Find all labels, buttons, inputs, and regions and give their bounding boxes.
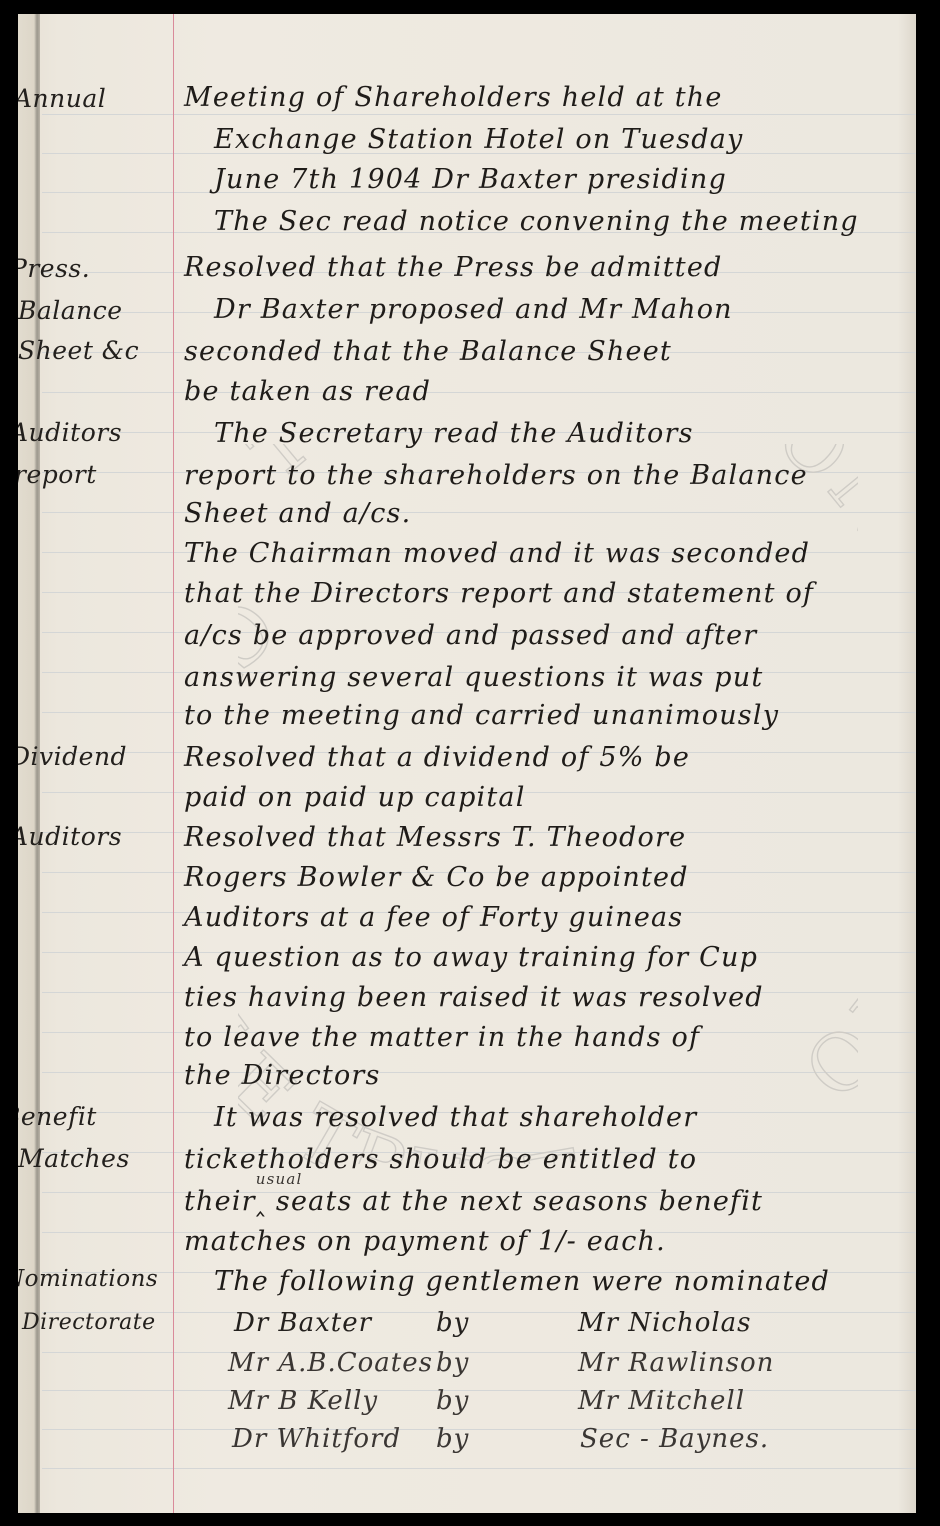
red-margin-line [173, 14, 174, 1513]
caret-insertion: usual‸ [256, 1186, 266, 1217]
minute-line: The Secretary read the Auditors [214, 418, 906, 449]
margin-note: Press. [18, 254, 160, 283]
minute-line: Dr Baxter proposed and Mr Mahon [214, 294, 906, 325]
minute-line: report to the shareholders on the Balanc… [184, 460, 906, 491]
nominee: Dr Whitford [232, 1424, 401, 1454]
nominated-by: by [436, 1348, 469, 1378]
margin-note: Auditors [18, 822, 160, 851]
minute-line: Sheet and a/cs. [184, 498, 906, 529]
margin-note: report [18, 460, 164, 489]
minute-line: June 7th 1904 Dr Baxter presiding [214, 164, 906, 195]
minute-line: Rogers Bowler & Co be appointed [184, 862, 906, 893]
minute-line: Resolved that Messrs T. Theodore [184, 822, 906, 853]
minute-line: ties having been raised it was resolved [184, 982, 906, 1013]
margin-note: Sheet &c [18, 336, 168, 365]
nominated-by: by [436, 1308, 469, 1338]
minute-line: The Sec read notice convening the meetin… [214, 206, 906, 237]
minute-line: paid on paid up capital [184, 782, 906, 813]
proposer: Mr Nicholas [578, 1308, 752, 1338]
minute-line: to the meeting and carried unanimously [184, 700, 906, 731]
nominated-by: by [436, 1424, 469, 1454]
margin-note: Directorate [22, 1310, 172, 1335]
minute-line: Resolved that a dividend of 5% be [184, 742, 906, 773]
nominee: Dr Baxter [234, 1308, 372, 1338]
margin-note: Matches [18, 1144, 168, 1173]
minute-line: a/cs be approved and passed and after [184, 620, 906, 651]
minute-line: Exchange Station Hotel on Tuesday [214, 124, 906, 155]
margin-note: Benefit [18, 1102, 152, 1131]
proposer: Mr Rawlinson [578, 1348, 774, 1378]
margin-note: Nominations [18, 1266, 154, 1292]
minute-line: Resolved that the Press be admitted [184, 252, 906, 283]
insertion-after: seats at the next seasons benefit [276, 1186, 763, 1217]
minute-line: to leave the matter in the hands of [184, 1022, 906, 1053]
margin-note: Annual [18, 84, 164, 113]
minute-line: Auditors at a fee of Forty guineas [184, 902, 906, 933]
inserted-word: usual [256, 1170, 303, 1188]
minute-line: The Chairman moved and it was seconded [184, 538, 906, 569]
minute-line: Meeting of Shareholders held at the [184, 82, 906, 113]
minute-line: It was resolved that shareholder [214, 1102, 906, 1133]
insertion-before: their [184, 1186, 256, 1217]
minute-line: seconded that the Balance Sheet [184, 336, 906, 367]
minute-line: be taken as read [184, 376, 906, 407]
minute-line-with-insertion: theirusual‸ seats at the next seasons be… [184, 1186, 906, 1217]
nominated-by: by [436, 1386, 469, 1416]
minute-line: answering several questions it was put [184, 662, 906, 693]
margin-note: Dividend [18, 742, 160, 771]
minute-line: matches on payment of 1/- each. [184, 1226, 906, 1257]
nominee: Mr B Kelly [228, 1386, 378, 1416]
proposer: Sec - Baynes. [580, 1424, 769, 1454]
proposer: Mr Mitchell [578, 1386, 745, 1416]
margin-note: Auditors [18, 418, 160, 447]
minute-line: The following gentlemen were nominated [214, 1266, 906, 1297]
minute-line: that the Directors report and statement … [184, 578, 906, 609]
minute-line: the Directors [184, 1060, 906, 1091]
nominee: Mr A.B.Coates [228, 1348, 433, 1378]
minute-book-page: THE EVERTON COLLECTION CHARITABLE TRUST … [18, 14, 916, 1513]
minute-line: A question as to away training for Cup [184, 942, 906, 973]
margin-note: Balance [18, 296, 168, 325]
